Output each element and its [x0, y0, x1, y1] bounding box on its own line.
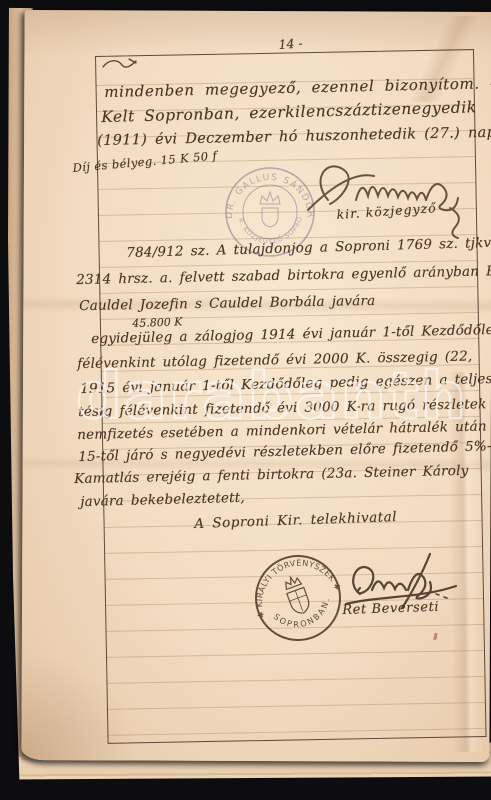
svg-text:SOPRONBAN.: SOPRONBAN.	[270, 592, 339, 638]
inserted-amount: 45.800 K	[132, 315, 183, 330]
opening-flourish	[100, 56, 142, 72]
notary-signature	[298, 156, 483, 244]
watermark-text: darabanth	[76, 360, 468, 434]
scanned-document-photo: 14 - mindenben megegyező, ezennel bizony…	[0, 0, 491, 800]
court-stamp-arc-bottom: SOPRONBAN.	[270, 592, 339, 638]
watermark: darabanth	[72, 354, 474, 438]
page-number: 14 -	[278, 35, 303, 52]
